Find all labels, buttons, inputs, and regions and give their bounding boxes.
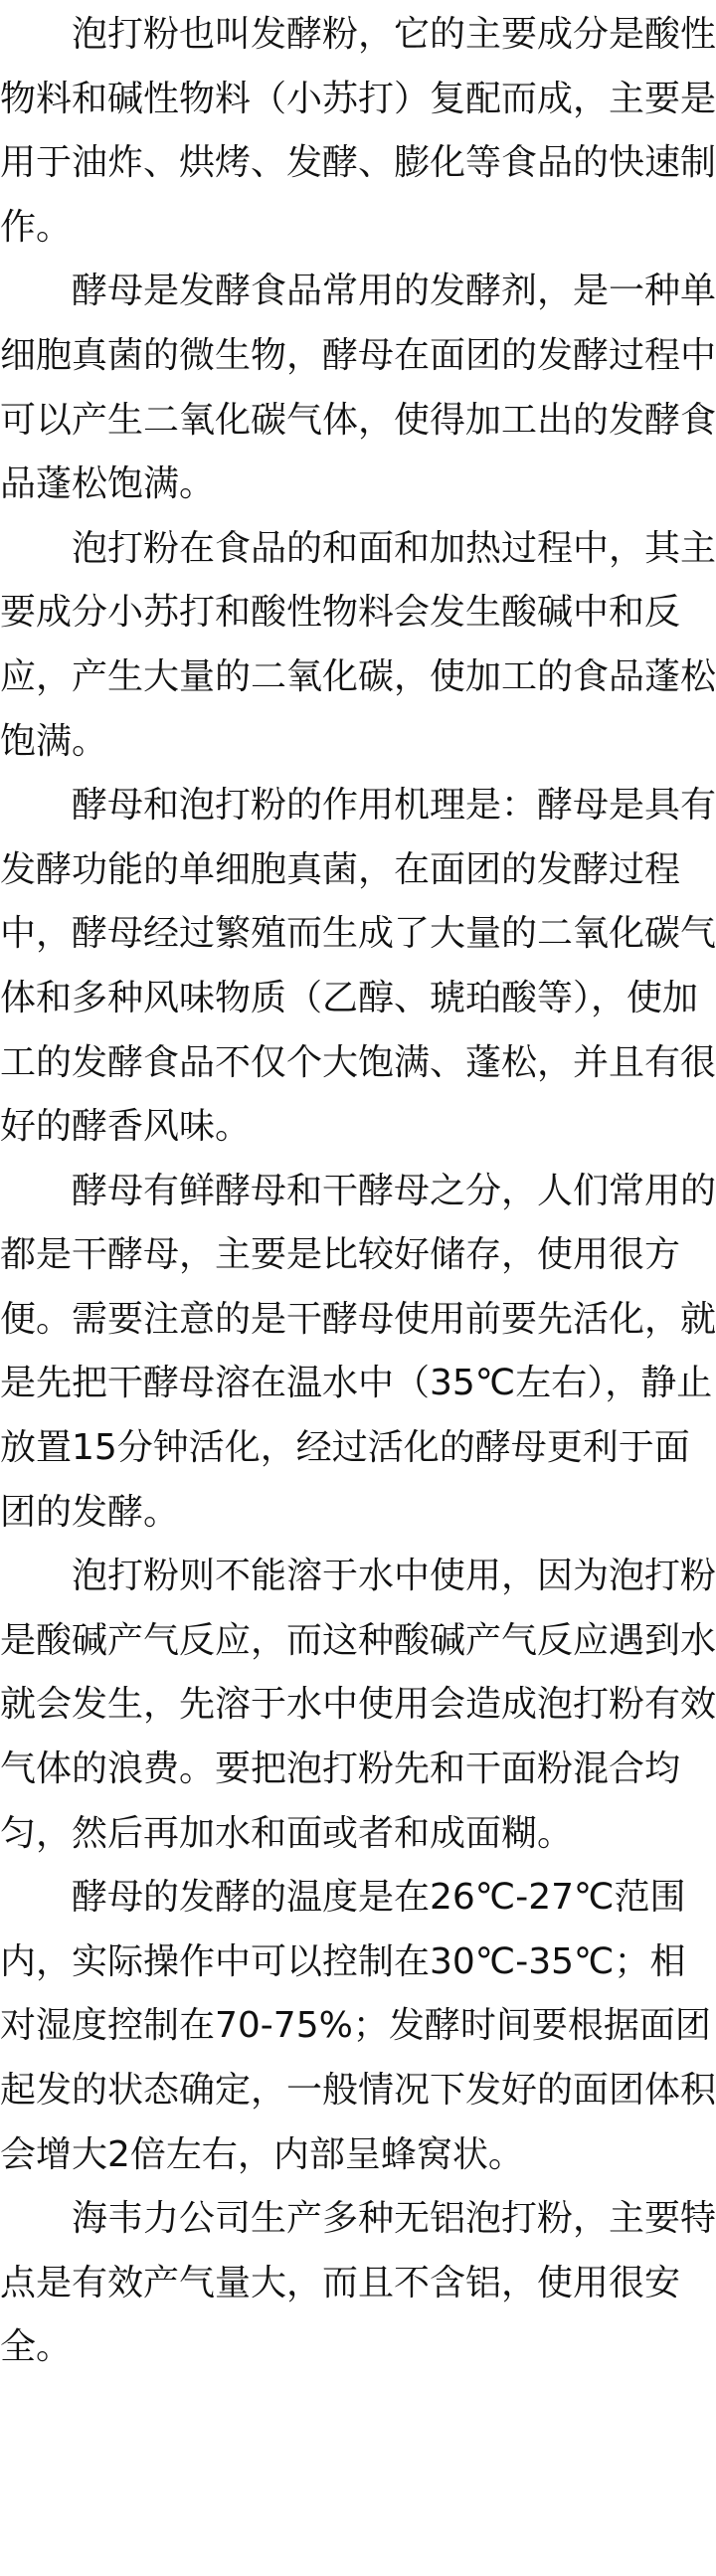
paragraph-baking-powder-definition: 泡打粉也叫发酵粉，它的主要成分是酸性物料和碱性物料（小苏打）复配而成，主要是用于…: [0, 3, 716, 260]
paragraph-company-product: 海韦力公司生产多种无铝泡打粉，主要特点是有效产气量大，而且不含铝，使用很安全。: [0, 2187, 716, 2380]
paragraph-yeast-definition: 酵母是发酵食品常用的发酵剂，是一种单细胞真菌的微生物，酵母在面团的发酵过程中可以…: [0, 260, 716, 516]
paragraph-fermentation-conditions: 酵母的发酵的温度是在26℃-27℃范围内，实际操作中可以控制在30℃-35℃；相…: [0, 1866, 716, 2187]
paragraph-yeast-types: 酵母有鲜酵母和干酵母之分，人们常用的都是干酵母，主要是比较好储存，使用很方便。需…: [0, 1160, 716, 1546]
article-body: 泡打粉也叫发酵粉，它的主要成分是酸性物料和碱性物料（小苏打）复配而成，主要是用于…: [0, 0, 716, 2380]
paragraph-mechanism: 酵母和泡打粉的作用机理是：酵母是具有发酵功能的单细胞真菌，在面团的发酵过程中，酵…: [0, 774, 716, 1160]
paragraph-baking-powder-process: 泡打粉在食品的和面和加热过程中，其主要成分小苏打和酸性物料会发生酸碱中和反应，产…: [0, 517, 716, 774]
paragraph-baking-powder-usage: 泡打粉则不能溶于水中使用，因为泡打粉是酸碱产气反应，而这种酸碱产气反应遇到水就会…: [0, 1545, 716, 1866]
